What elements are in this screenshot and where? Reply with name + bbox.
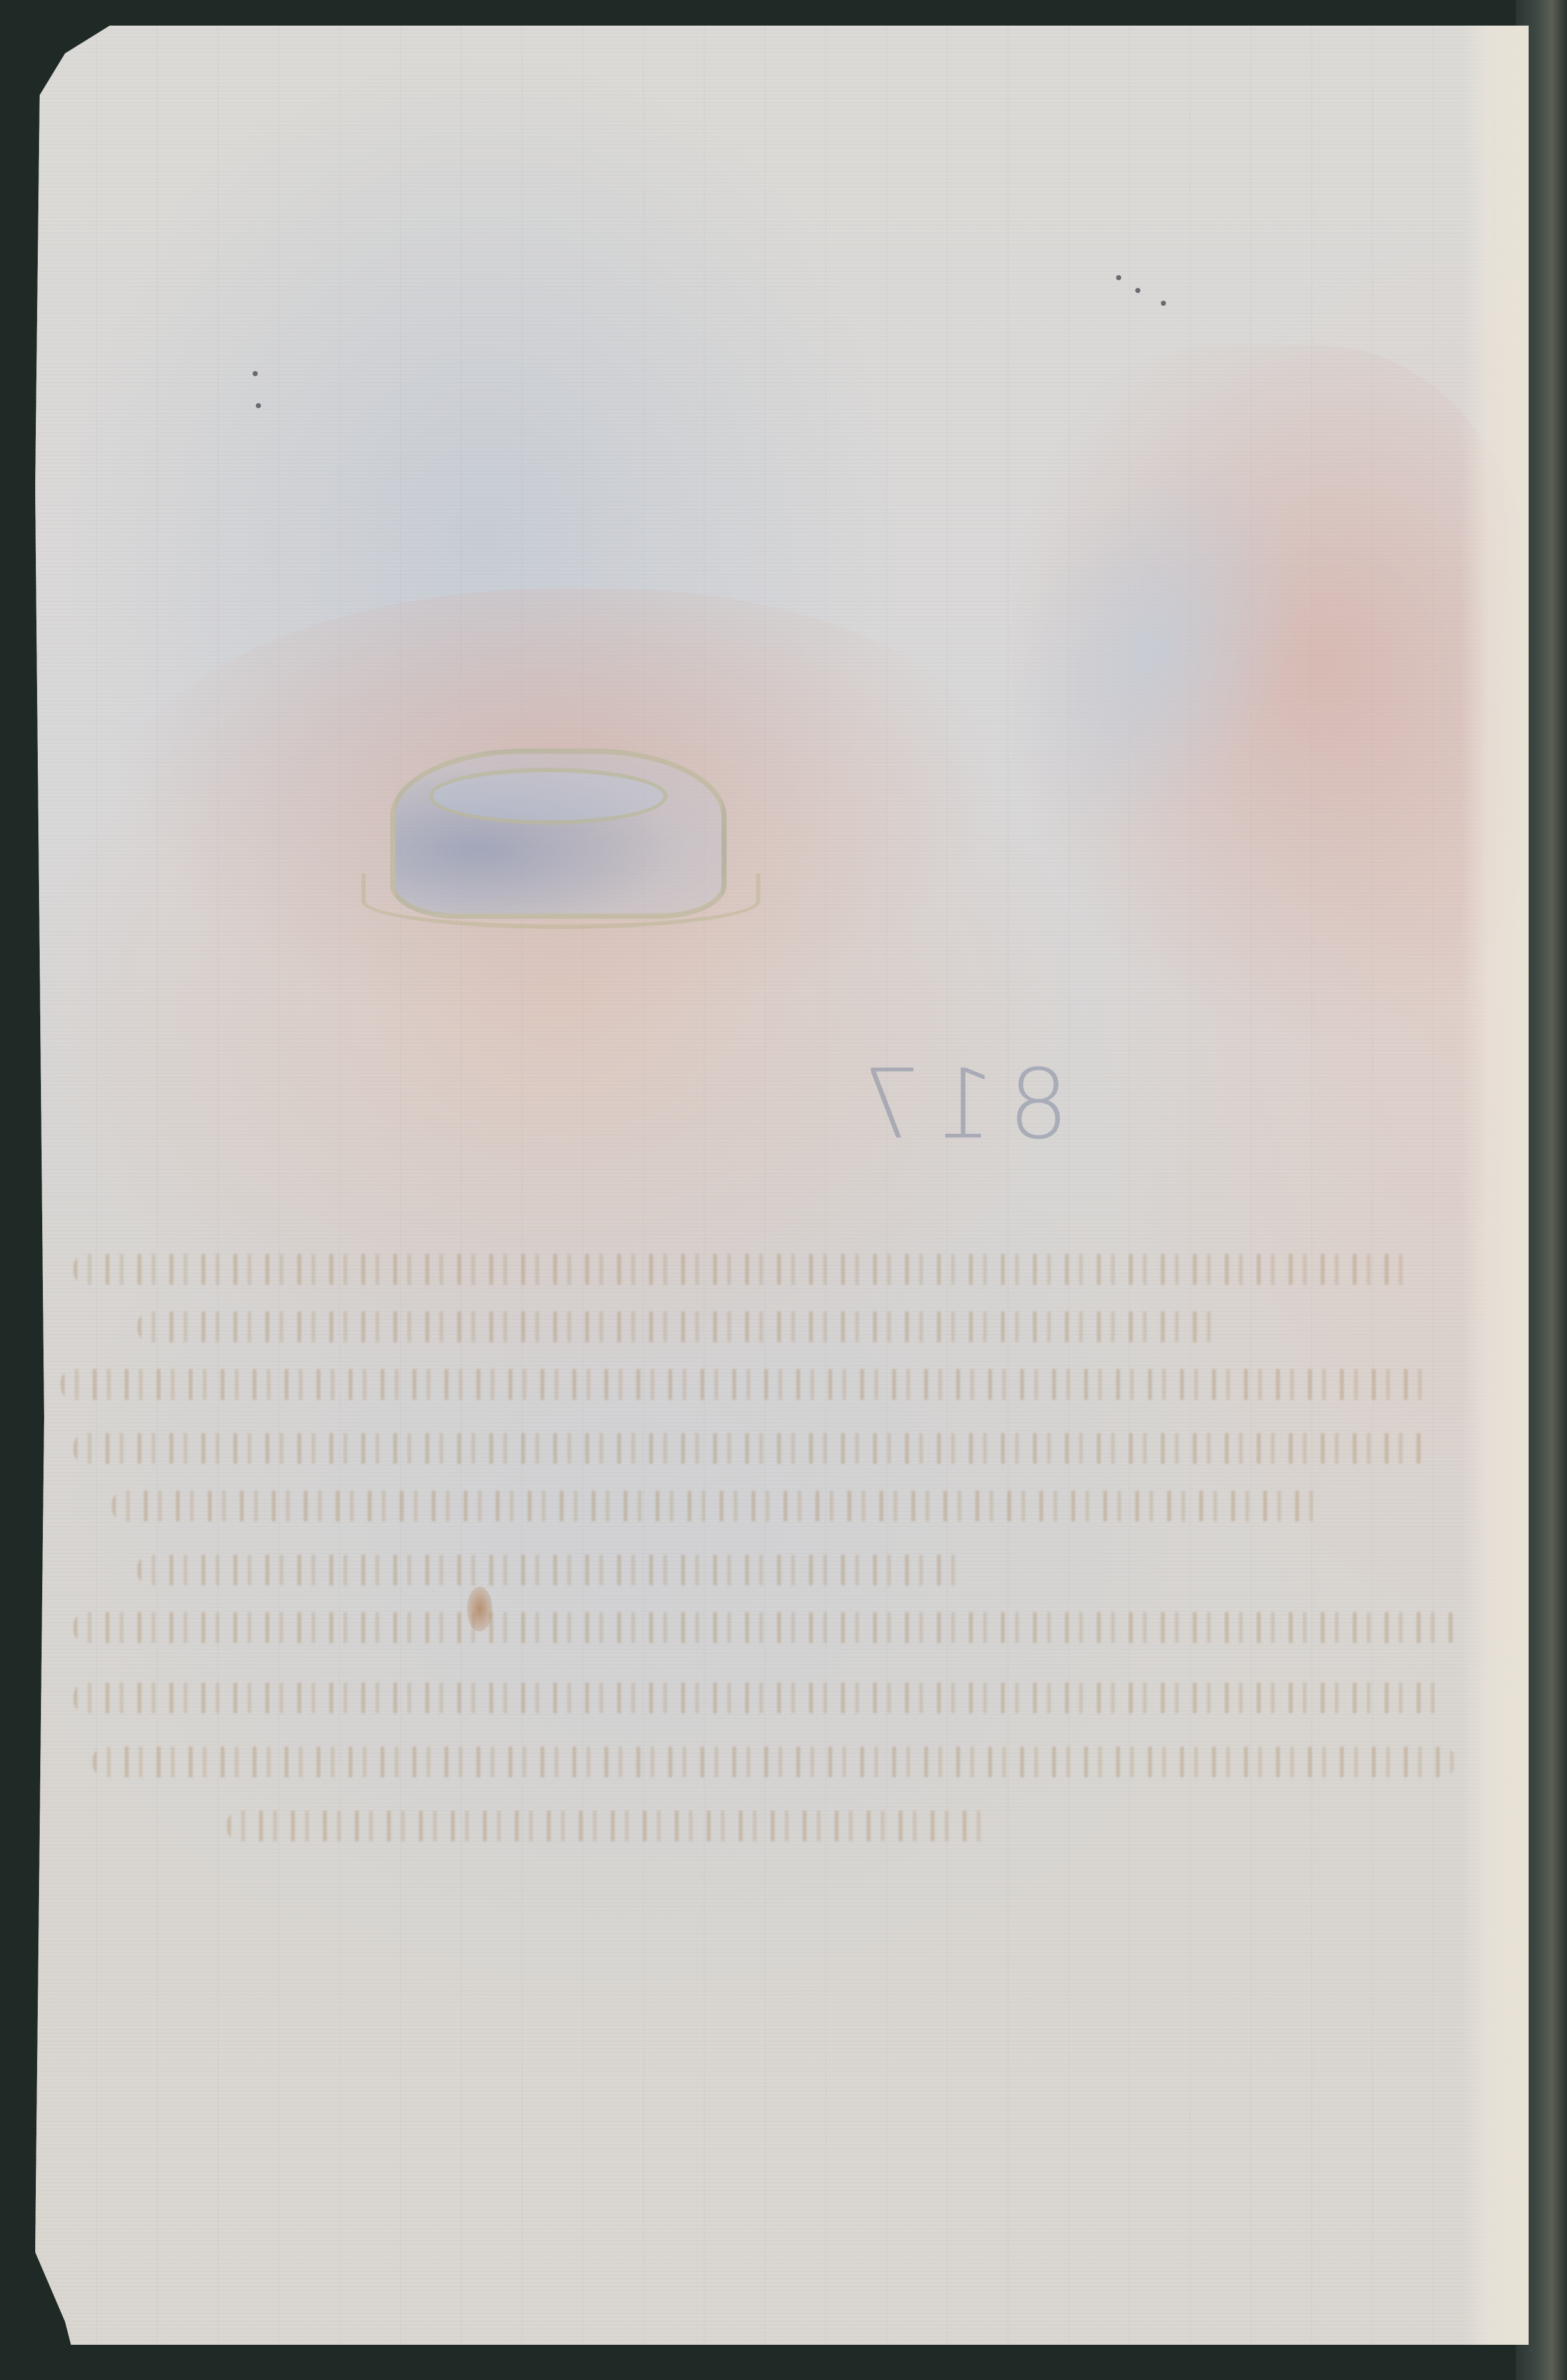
speck	[253, 371, 258, 376]
speck	[256, 403, 261, 408]
folio-number-pencil: 817	[847, 1049, 1069, 1161]
bleed-line	[74, 1254, 1417, 1285]
vessel-illustration	[355, 736, 771, 947]
manuscript-page: 817	[35, 26, 1529, 2345]
vessel-base	[361, 873, 760, 929]
speck	[1161, 301, 1166, 306]
ink-stain	[467, 1587, 492, 1631]
speck	[1116, 275, 1121, 280]
bleed-line	[74, 1612, 1461, 1643]
bleed-line	[227, 1811, 995, 1841]
bleed-line	[74, 1683, 1449, 1713]
bleed-line	[74, 1433, 1429, 1464]
page-fold-edge	[1461, 26, 1529, 2345]
vessel-rim	[429, 768, 668, 825]
bleed-line	[112, 1491, 1327, 1521]
bleed-line	[61, 1369, 1436, 1400]
bleed-line	[138, 1312, 1225, 1342]
bleed-line	[93, 1747, 1455, 1777]
speck	[1135, 288, 1140, 293]
bleed-line	[138, 1555, 969, 1585]
